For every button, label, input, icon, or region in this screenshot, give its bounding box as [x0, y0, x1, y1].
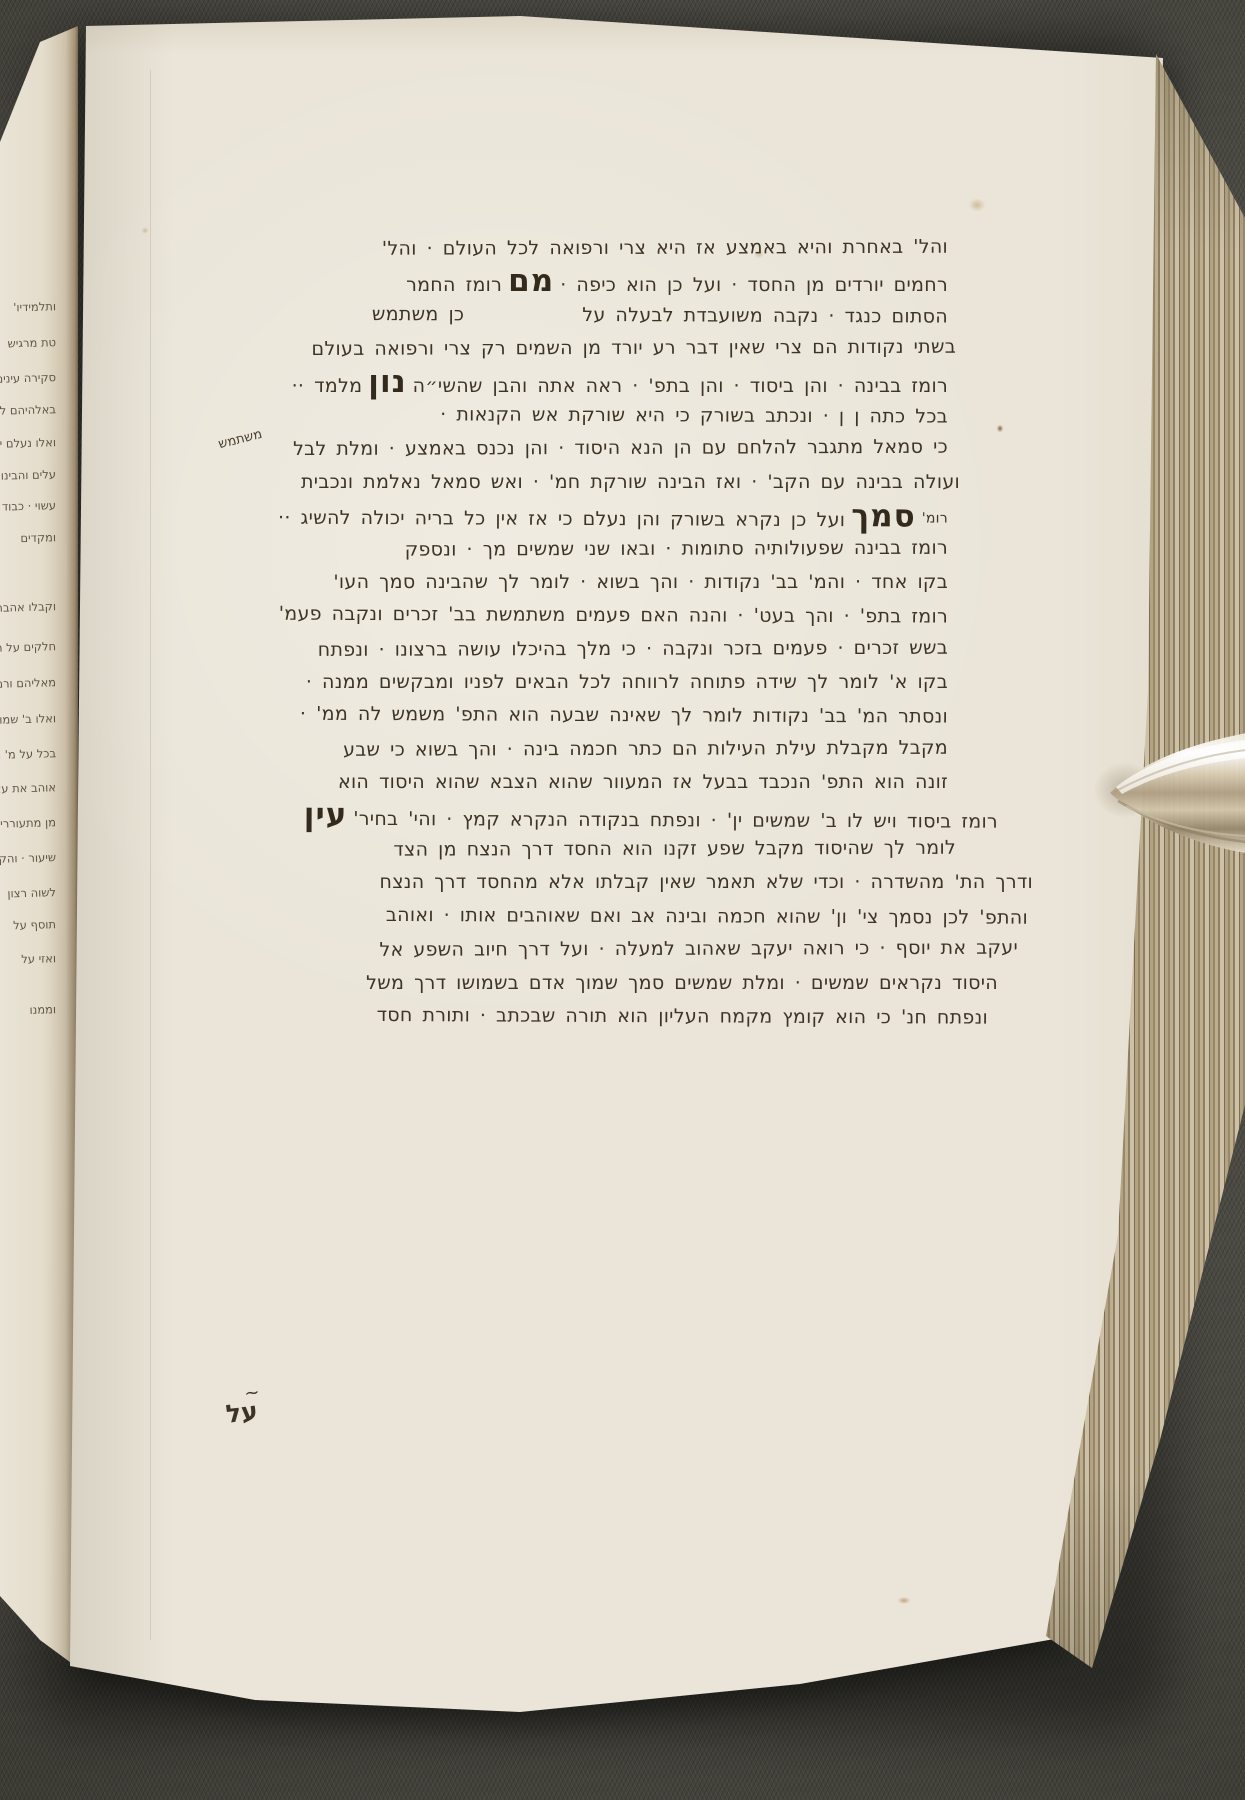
- text-line: לומר לך שהיסוד מקבל שפע זקנו הוא החסד דר…: [222, 832, 956, 868]
- line-text: ונסתר המ' בב' נקודות לומר לך שאינה שבעה …: [300, 703, 948, 728]
- stain: [330, 1716, 356, 1726]
- catchword: ~על: [224, 1396, 259, 1429]
- line-text: כן משתמש: [372, 303, 464, 325]
- letter-heading: עין: [298, 796, 354, 832]
- line-text: מלמד ··: [292, 375, 363, 397]
- text-line: היסוד נקראים שמשים · ומלת שמשים סמך שמוך…: [222, 967, 998, 1000]
- gutter-crease: [150, 70, 151, 1640]
- stain: [896, 1596, 912, 1605]
- stain: [140, 226, 150, 235]
- line-text: ועל כן נקרא בשורק והן נעלם כי אז אין כל …: [278, 507, 845, 531]
- stain: [996, 424, 1004, 433]
- line-text: רומז בתפ' · והך בעט' · והנה האם פעמים מש…: [279, 603, 948, 628]
- text-line: מקבל מקבלת עילת העילות הם כתר חכמה בינה …: [222, 732, 948, 768]
- glass-rod: [1096, 706, 1245, 866]
- text-line: רומז ביסוד ויש לו ב' שמשים ין' · ונפתח ב…: [222, 798, 998, 835]
- text-line: ונפתח חנ' כי הוא קומץ מקמח העליון הוא תו…: [222, 998, 988, 1035]
- text-line: זונה הוא התפ' הנכבד בבעל אז המעוור שהוא …: [222, 766, 948, 799]
- line-text: בשש זכרים · פעמים בזכר ונקבה · כי מלך בה…: [318, 636, 948, 660]
- text-line: רחמים יורדים מן החסד · ועל כן הוא כיפה ·…: [222, 265, 948, 298]
- line-text: לומר לך שהיסוד מקבל שפע זקנו הוא החסד דר…: [393, 837, 956, 861]
- line-text: היסוד נקראים שמשים · ומלת שמשים סמך שמוך…: [366, 972, 998, 994]
- text-line: רומז בתפ' · והך בעט' · והנה האם פעמים מש…: [222, 598, 948, 635]
- letter-heading: מם: [502, 263, 560, 299]
- manuscript-photo: { "palette": { "cloth_background": "#4a4…: [0, 0, 1245, 1800]
- text-line: רומז בבינה · והן ביסוד · והן בתפ' · ראה …: [222, 366, 948, 399]
- text-line: ודרך הת' מהשדרה · וכדי שלא תאמר שאין קבל…: [222, 866, 1033, 899]
- line-gap: [464, 320, 582, 321]
- line-text: רומז בבינה · והן ביסוד · והן בתפ' · ראה …: [413, 375, 948, 397]
- text-line: בשש זכרים · פעמים בזכר ונקבה · כי מלך בה…: [222, 631, 948, 667]
- text-line: ונסתר המ' בב' נקודות לומר לך שאינה שבעה …: [222, 698, 948, 735]
- line-text: בקו אחד · והמ' בב' נקודות · והך בשוא · ל…: [333, 571, 948, 593]
- line-text: רומ': [922, 511, 948, 527]
- line-text: רומז ביסוד ויש לו ב' שמשים ין' · ונפתח ב…: [353, 808, 998, 833]
- line-text: ודרך הת' מהשדרה · וכדי שלא תאמר שאין קבל…: [380, 871, 1033, 893]
- page-wrap: והל' באחרת והיא באמצע אז היא צרי ורפואה …: [0, 0, 1245, 1800]
- text-line: יעקב את יוסף · כי רואה יעקב שאהוב למעלה …: [222, 932, 1018, 968]
- line-text: הסתום כנגד · נקבה משועבדת לבעלה על: [582, 304, 948, 328]
- text-line: בקו א' לומר לך שידה פתוחה לרווחה לכל הבא…: [222, 666, 948, 699]
- text-line: בקו אחד · והמ' בב' נקודות · והך בשוא · ל…: [222, 566, 948, 599]
- line-text: זונה הוא התפ' הנכבד בבעל אז המעוור שהוא …: [338, 771, 948, 793]
- text-line: בכל כתה ן ן · ונכתב בשורק כי היא שורקת א…: [222, 397, 948, 434]
- text-line: רומז בבינה שפעולותיה סתומות · ובאו שני ש…: [222, 531, 948, 567]
- text-line: רומ'סמךועל כן נקרא בשורק והן נעלם כי אז …: [222, 498, 948, 535]
- line-text: והתפ' לכן נסמך צי' ון' שהוא חכמה ובינה א…: [386, 904, 1028, 929]
- text-block: והל' באחרת והיא באמצע אז היא צרי ורפואה …: [222, 232, 948, 1033]
- stain: [966, 196, 988, 214]
- text-line: ועולה בבינה עם הקב' · ואז הבינה שורקת חמ…: [222, 466, 960, 499]
- letter-heading: סמך: [845, 498, 922, 534]
- text-line: והל' באחרת והיא באמצע אז היא צרי ורפואה …: [222, 231, 948, 267]
- line-text: יעקב את יוסף · כי רואה יעקב שאהוב למעלה …: [379, 937, 1018, 961]
- text-line: כי סמאל מתגבר להלחם עם הן הנא היסוד · וה…: [222, 431, 948, 467]
- line-text: ונפתח חנ' כי הוא קומץ מקמח העליון הוא תו…: [377, 1004, 988, 1029]
- line-text: רומז החמר: [406, 274, 502, 296]
- text-line: בשתי נקודות הם צרי שאין דבר רע יורד מן ה…: [222, 331, 956, 367]
- line-text: רומז בבינה שפעולותיה סתומות · ובאו שני ש…: [405, 536, 948, 560]
- line-text: בשתי נקודות הם צרי שאין דבר רע יורד מן ה…: [311, 336, 956, 360]
- letter-heading: נון: [362, 364, 412, 400]
- text-line: הסתום כנגד · נקבה משועבדת לבעלה עלכן משת…: [222, 297, 948, 334]
- manuscript-page: והל' באחרת והיא באמצע אז היא צרי ורפואה …: [0, 0, 1245, 1800]
- line-text: בכל כתה ן ן · ונכתב בשורק כי היא שורקת א…: [440, 403, 948, 427]
- line-text: ועולה בבינה עם הקב' · ואז הבינה שורקת חמ…: [301, 471, 960, 493]
- line-text: בקו א' לומר לך שידה פתוחה לרווחה לכל הבא…: [306, 671, 948, 693]
- line-text: והל' באחרת והיא באמצע אז היא צרי ורפואה …: [382, 236, 948, 260]
- text-line: והתפ' לכן נסמך צי' ון' שהוא חכמה ובינה א…: [222, 898, 1028, 935]
- line-text: רחמים יורדים מן החסד · ועל כן הוא כיפה ·: [560, 274, 948, 296]
- line-text: כי סמאל מתגבר להלחם עם הן הנא היסוד · וה…: [293, 436, 948, 460]
- line-text: מקבל מקבלת עילת העילות הם כתר חכמה בינה …: [343, 737, 948, 761]
- catchword-mark: ~: [243, 1382, 261, 1405]
